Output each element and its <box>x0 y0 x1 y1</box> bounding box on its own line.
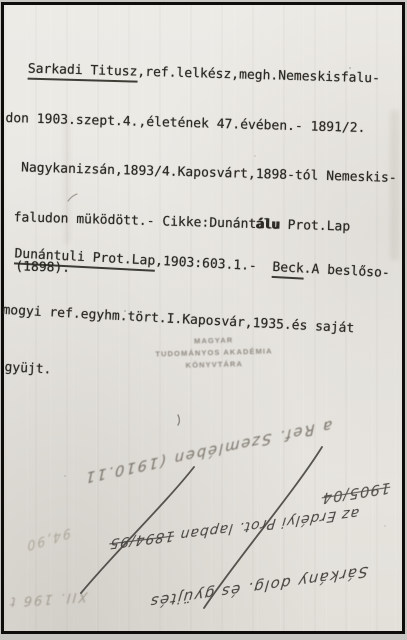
typed-line: Dunántuli Prot.Lap,1903:603.1.- Beck.A b… <box>5 244 390 283</box>
dust-speck <box>124 310 126 312</box>
dust-speck <box>254 155 256 157</box>
entry-heading-underlined: Sarkadi Titusz <box>28 62 138 83</box>
typed-text: ,1903:603.1.- <box>155 254 273 275</box>
typed-line: don 1903.szept.4.,életének 47.évében.- 1… <box>5 110 398 137</box>
handwritten-note-erdelyi: az Erdélyi Prot. lapban 1894/95 <box>110 505 360 552</box>
author-name-underlined: Beck <box>272 260 304 280</box>
handwritten-text: az Erdélyi Prot. lapban <box>173 505 360 544</box>
typed-line: Sarkadi Titusz,ref.lelkész,megh.Nemeskis… <box>7 61 400 88</box>
typed-text: ,ref.lelkész,megh.Nemeskisfalu- <box>137 65 380 87</box>
library-stamp: MAGYAR TUDOMÁNYOS AKADÉMIA KÖNYVTÁRA <box>149 333 280 372</box>
handwritten-faint-number: 94,90 <box>13 520 83 556</box>
source-title-underlined: Dunántuli Prot.Lap <box>14 246 156 271</box>
handwritten-number-crossed-out: 1905/04 <box>318 478 393 508</box>
handwritten-note-sarkany: Sárkány dolg. és gyüjtés <box>141 561 376 612</box>
typed-reference-block: Dunántuli Prot.Lap,1903:603.1.- Beck.A b… <box>0 206 392 435</box>
dust-speck <box>64 475 66 477</box>
catalog-card: Sarkadi Titusz,ref.lelkész,megh.Nemeskis… <box>1 2 405 634</box>
dust-speck <box>384 525 386 527</box>
dust-speck <box>349 67 351 69</box>
handwritten-text-crossed-out: 1894/95 <box>108 527 175 551</box>
typed-line: mogyi ref.egyhm.tört.I.Kaposvár,1935.és … <box>2 301 387 340</box>
typed-text: .A beslőso- <box>303 262 390 281</box>
typed-line: Nagykanizsán,1893/4.Kaposvárt,1898-tól N… <box>4 160 397 187</box>
handwritten-shelfmark: XII. 196 t <box>8 588 89 609</box>
